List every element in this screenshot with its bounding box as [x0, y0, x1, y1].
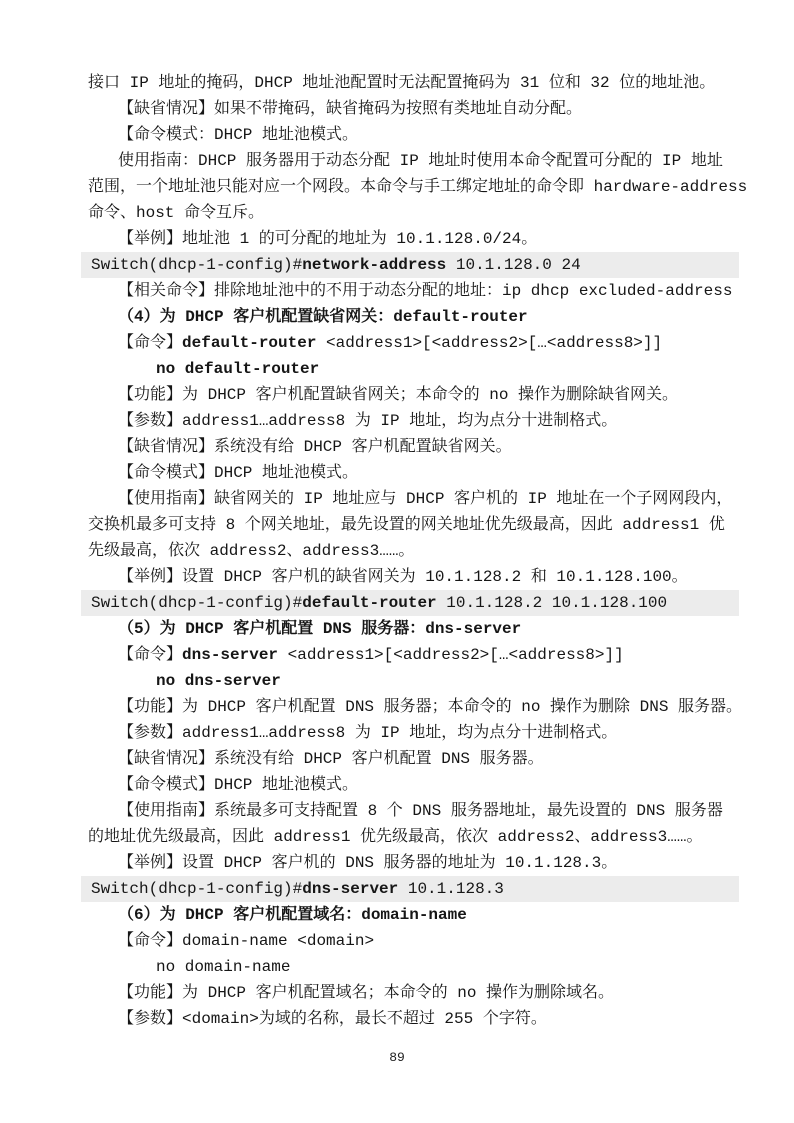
text-run: 先级最高，依次 address2、address3……。 [88, 542, 414, 560]
text-run: 【相关命令】排除地址池中的不用于动态分配的地址：ip dhcp excluded… [118, 282, 732, 300]
text-run: 【举例】地址池 1 的可分配的地址为 10.1.128.0/24。 [118, 230, 537, 248]
text-line: 【参数】address1…address8 为 IP 地址，均为点分十进制格式。 [88, 408, 732, 434]
document-content: 接口 IP 地址的掩码，DHCP 地址池配置时无法配置掩码为 31 位和 32 … [88, 70, 732, 1032]
text-line: 【参数】address1…address8 为 IP 地址，均为点分十进制格式。 [88, 720, 732, 746]
text-run: 交换机最多可支持 8 个网关地址，最先设置的网关地址优先级最高，因此 addre… [88, 516, 725, 534]
text-line: 【功能】为 DHCP 客户机配置 DNS 服务器；本命令的 no 操作为删除 D… [88, 694, 732, 720]
text-run: 【功能】为 DHCP 客户机配置 DNS 服务器；本命令的 no 操作为删除 D… [118, 698, 742, 716]
text-line: 【功能】为 DHCP 客户机配置域名；本命令的 no 操作为删除域名。 [88, 980, 732, 1006]
text-run: 命令、host 命令互斥。 [88, 204, 264, 222]
text-line: 【命令】domain-name <domain> [88, 928, 732, 954]
section-heading: （4）为 DHCP 客户机配置缺省网关：default-router [88, 304, 732, 330]
text-run: 【命令】 [118, 646, 182, 664]
text-line: no domain-name [88, 954, 732, 980]
text-line: 【命令模式：DHCP 地址池模式。 [88, 122, 732, 148]
text-run: <address1>[<address2>[…<address8>]] [316, 334, 662, 352]
text-run: 的地址优先级最高，因此 address1 优先级最高，依次 address2、a… [88, 828, 702, 846]
page-number: 89 [0, 1050, 794, 1066]
text-line: 的地址优先级最高，因此 address1 优先级最高，依次 address2、a… [88, 824, 732, 850]
text-run: 使用指南：DHCP 服务器用于动态分配 IP 地址时使用本命令配置可分配的 IP… [118, 152, 723, 170]
text-run: 【命令模式：DHCP 地址池模式。 [118, 126, 358, 144]
text-line: 【命令模式】DHCP 地址池模式。 [88, 460, 732, 486]
text-run: 【命令模式】DHCP 地址池模式。 [118, 464, 358, 482]
text-run: 【缺省情况】系统没有给 DHCP 客户机配置缺省网关。 [118, 438, 512, 456]
text-run: 【举例】设置 DHCP 客户机的缺省网关为 10.1.128.2 和 10.1.… [118, 568, 688, 586]
text-run: default-router [182, 334, 316, 352]
text-run: Switch(dhcp-1-config)# [91, 594, 302, 612]
text-run: <address1>[<address2>[…<address8>]] [278, 646, 624, 664]
text-run: 【参数】<domain>为域的名称，最长不超过 255 个字符。 [118, 1010, 547, 1028]
text-run: （6）为 DHCP 客户机配置域名：domain-name [118, 906, 467, 924]
text-line: 【功能】为 DHCP 客户机配置缺省网关；本命令的 no 操作为删除缺省网关。 [88, 382, 732, 408]
text-run: 【缺省情况】系统没有给 DHCP 客户机配置 DNS 服务器。 [118, 750, 544, 768]
text-run: no default-router [156, 360, 319, 378]
text-line: 范围，一个地址池只能对应一个网段。本命令与手工绑定地址的命令即 hardware… [88, 174, 732, 200]
text-run: 【命令】 [118, 932, 182, 950]
text-line: no default-router [88, 356, 732, 382]
section-heading: （5）为 DHCP 客户机配置 DNS 服务器：dns-server [88, 616, 732, 642]
text-run: 【举例】设置 DHCP 客户机的 DNS 服务器的地址为 10.1.128.3。 [118, 854, 617, 872]
text-line: no dns-server [88, 668, 732, 694]
text-line: 使用指南：DHCP 服务器用于动态分配 IP 地址时使用本命令配置可分配的 IP… [88, 148, 732, 174]
text-run: 【功能】为 DHCP 客户机配置缺省网关；本命令的 no 操作为删除缺省网关。 [118, 386, 678, 404]
text-line: 【命令模式】DHCP 地址池模式。 [88, 772, 732, 798]
text-line: 【使用指南】缺省网关的 IP 地址应与 DHCP 客户机的 IP 地址在一个子网… [88, 486, 732, 512]
text-run: default-router [302, 594, 436, 612]
text-line: 【缺省情况】如果不带掩码，缺省掩码为按照有类地址自动分配。 [88, 96, 732, 122]
text-run: 【参数】address1…address8 为 IP 地址，均为点分十进制格式。 [118, 412, 617, 430]
text-line: 【参数】<domain>为域的名称，最长不超过 255 个字符。 [88, 1006, 732, 1032]
text-line: 【缺省情况】系统没有给 DHCP 客户机配置 DNS 服务器。 [88, 746, 732, 772]
text-run: 范围，一个地址池只能对应一个网段。本命令与手工绑定地址的命令即 hardware… [88, 178, 747, 196]
section-heading: （6）为 DHCP 客户机配置域名：domain-name [88, 902, 732, 928]
text-line: 先级最高，依次 address2、address3……。 [88, 538, 732, 564]
text-run: 【使用指南】缺省网关的 IP 地址应与 DHCP 客户机的 IP 地址在一个子网… [118, 490, 732, 508]
text-run: 10.1.128.3 [398, 880, 504, 898]
text-line: 【相关命令】排除地址池中的不用于动态分配的地址：ip dhcp excluded… [88, 278, 732, 304]
text-run: （5）为 DHCP 客户机配置 DNS 服务器：dns-server [118, 620, 521, 638]
text-run: network-address [302, 256, 446, 274]
text-run: 【参数】address1…address8 为 IP 地址，均为点分十进制格式。 [118, 724, 617, 742]
text-run: 10.1.128.2 10.1.128.100 [437, 594, 667, 612]
text-run: no domain-name [156, 958, 290, 976]
text-run: no dns-server [156, 672, 281, 690]
text-run: 【使用指南】系统最多可支持配置 8 个 DNS 服务器地址，最先设置的 DNS … [118, 802, 723, 820]
text-line: 【举例】设置 DHCP 客户机的缺省网关为 10.1.128.2 和 10.1.… [88, 564, 732, 590]
text-run: 接口 IP 地址的掩码，DHCP 地址池配置时无法配置掩码为 31 位和 32 … [88, 74, 715, 92]
text-run: 【命令模式】DHCP 地址池模式。 [118, 776, 358, 794]
text-line: 交换机最多可支持 8 个网关地址，最先设置的网关地址优先级最高，因此 addre… [88, 512, 732, 538]
text-run: Switch(dhcp-1-config)# [91, 256, 302, 274]
text-run: Switch(dhcp-1-config)# [91, 880, 302, 898]
text-run: 【功能】为 DHCP 客户机配置域名；本命令的 no 操作为删除域名。 [118, 984, 614, 1002]
text-run: dns-server [182, 646, 278, 664]
text-line: 【举例】地址池 1 的可分配的地址为 10.1.128.0/24。 [88, 226, 732, 252]
code-line: Switch(dhcp-1-config)#default-router 10.… [81, 590, 739, 616]
text-line: 【举例】设置 DHCP 客户机的 DNS 服务器的地址为 10.1.128.3。 [88, 850, 732, 876]
text-line: 【命令】dns-server <address1>[<address2>[…<a… [88, 642, 732, 668]
code-line: Switch(dhcp-1-config)#network-address 10… [81, 252, 739, 278]
text-run: domain-name <domain> [182, 932, 374, 950]
text-line: 命令、host 命令互斥。 [88, 200, 732, 226]
text-line: 【使用指南】系统最多可支持配置 8 个 DNS 服务器地址，最先设置的 DNS … [88, 798, 732, 824]
text-run: 【缺省情况】如果不带掩码，缺省掩码为按照有类地址自动分配。 [118, 100, 582, 118]
text-run: 10.1.128.0 24 [446, 256, 580, 274]
code-line: Switch(dhcp-1-config)#dns-server 10.1.12… [81, 876, 739, 902]
text-run: dns-server [302, 880, 398, 898]
text-run: （4）为 DHCP 客户机配置缺省网关：default-router [118, 308, 528, 326]
text-line: 【缺省情况】系统没有给 DHCP 客户机配置缺省网关。 [88, 434, 732, 460]
text-run: 【命令】 [118, 334, 182, 352]
text-line: 【命令】default-router <address1>[<address2>… [88, 330, 732, 356]
text-line: 接口 IP 地址的掩码，DHCP 地址池配置时无法配置掩码为 31 位和 32 … [88, 70, 732, 96]
document-page: 接口 IP 地址的掩码，DHCP 地址池配置时无法配置掩码为 31 位和 32 … [0, 0, 794, 1123]
